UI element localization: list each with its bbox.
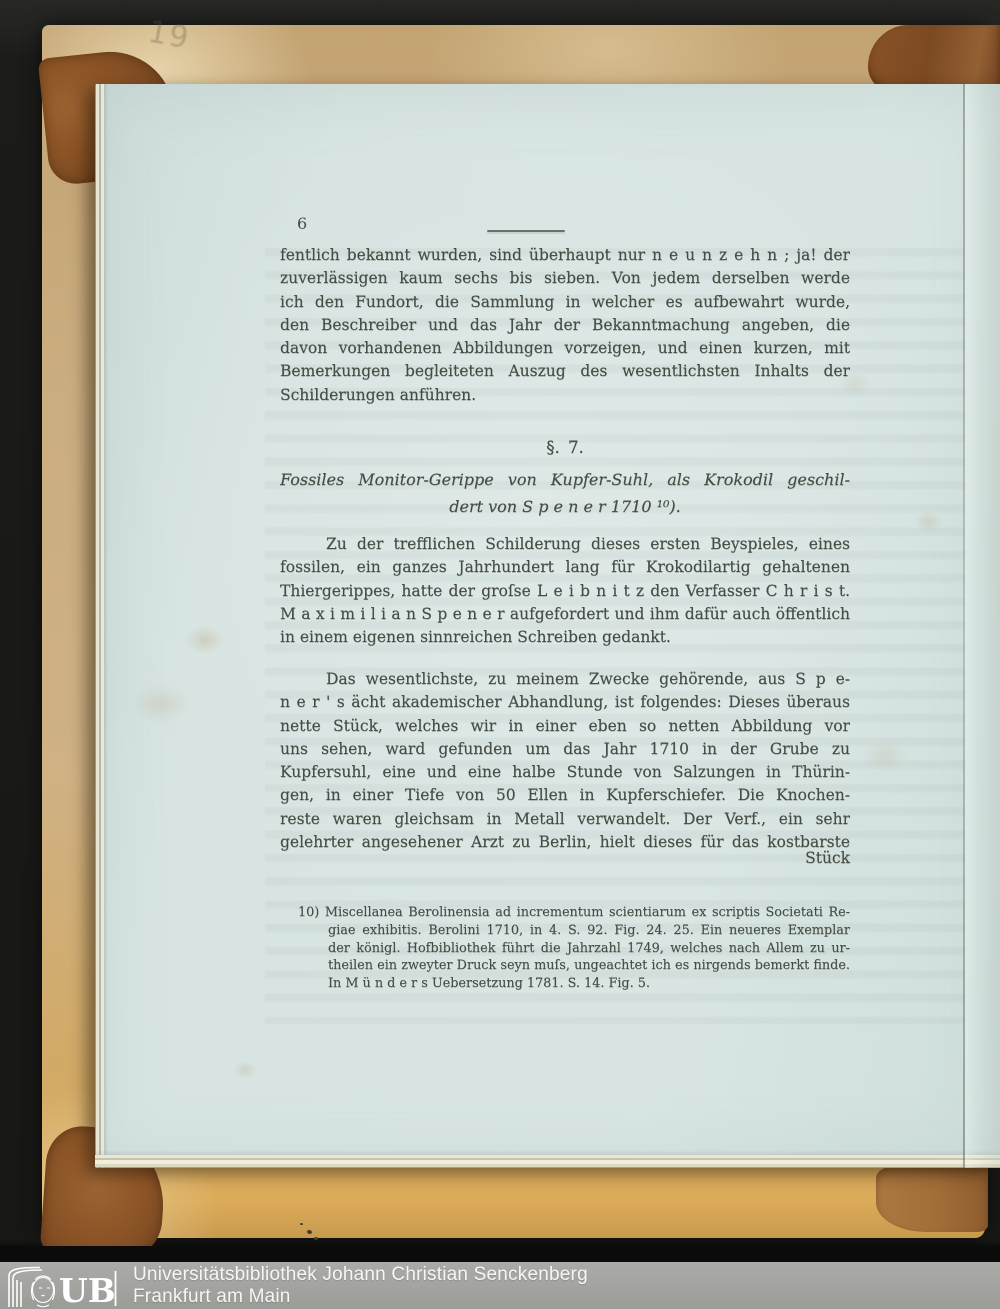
- footer-text: Universitätsbibliothek Johann Christian …: [133, 1264, 588, 1308]
- footnote: 10) Miscellanea Berolinensia ad incremen…: [298, 904, 850, 993]
- title-line: Fossiles Monitor-Gerippe von Kupfer-Suhl…: [280, 467, 850, 494]
- text-line: Schilderungen anführen.: [280, 384, 850, 407]
- printed-text-layer: 6 fentlich bekannt wurden, sind überhaup…: [0, 0, 1000, 1309]
- library-location: Frankfurt am Main: [133, 1286, 588, 1308]
- text-line: zuverlässigen kaum sechs bis sieben. Von…: [280, 267, 850, 290]
- section-heading: §. 7.: [280, 438, 850, 457]
- catchword: Stück: [280, 849, 850, 867]
- paragraph: Das wesentlichste, zu meinem Zwecke gehö…: [280, 668, 850, 854]
- text-line: reste waren gleichsam in Metall verwande…: [280, 808, 850, 831]
- text-line: gen, in einer Tiefe von 50 Ellen in Kupf…: [280, 784, 850, 807]
- title-line: dert von S p e n e r 1710 ¹⁰).: [280, 494, 850, 521]
- footnote-line: 10) Miscellanea Berolinensia ad incremen…: [298, 904, 850, 922]
- text-line: fossilen, ein ganzes Jahrhundert lang fü…: [280, 556, 850, 579]
- footnote-line: theilen ein zweyter Druck seyn muſs, ung…: [298, 957, 850, 975]
- library-footer-bar: UB Universitätsbibliothek Johann Christi…: [0, 1262, 1000, 1309]
- chapter-title: Fossiles Monitor-Gerippe von Kupfer-Suhl…: [280, 467, 850, 520]
- text-line: Zu der trefflichen Schilderung dieses er…: [280, 533, 850, 556]
- library-name: Universitätsbibliothek Johann Christian …: [133, 1264, 588, 1286]
- logo-abbr: UB: [59, 1271, 116, 1308]
- text-line: davon vorhandenen Abbildungen vorzeigen,…: [280, 337, 850, 360]
- text-line: Kupfersuhl, eine und eine halbe Stunde v…: [280, 761, 850, 784]
- header-rule: [487, 230, 565, 232]
- text-line: fentlich bekannt wurden, sind überhaupt …: [280, 244, 850, 267]
- text-line: nette Stück, welches wir in einer eben s…: [280, 715, 850, 738]
- text-line: uns sehen, ward gefunden um das Jahr 171…: [280, 738, 850, 761]
- text-line: Thiergerippes, hatte der groſse L e i b …: [280, 580, 850, 603]
- senckenberg-portrait-icon: [32, 1276, 55, 1307]
- text-line: Bemerkungen begleiteten Auszug des wesen…: [280, 360, 850, 383]
- text-line: ich den Fundort, die Sammlung in welcher…: [280, 291, 850, 314]
- text-line: Das wesentlichste, zu meinem Zwecke gehö…: [280, 668, 850, 691]
- text-line: in einem eigenen sinnreichen Schreiben g…: [280, 626, 850, 649]
- text-line: n e r ' s ächt akademischer Abhandlung, …: [280, 691, 850, 714]
- footnote-line: In M ü n d e r s Uebersetzung 1781. S. 1…: [298, 975, 850, 993]
- scan-viewer: 19 6 fentlich bekannt wurden, sind überh…: [0, 0, 1000, 1309]
- ub-library-logo-icon: UB: [6, 1264, 121, 1308]
- paragraph: Zu der trefflichen Schilderung dieses er…: [280, 533, 850, 649]
- footnote-line: der königl. Hofbibliothek führt die Jahr…: [298, 940, 850, 958]
- paragraph: fentlich bekannt wurden, sind überhaupt …: [280, 244, 850, 407]
- footnote-line: giae exhibitis. Berolini 1710, in 4. S. …: [298, 922, 850, 940]
- text-line: M a x i m i l i a n S p e n e r aufgefor…: [280, 603, 850, 626]
- page-number: 6: [297, 214, 307, 233]
- text-line: den Beschreiber und das Jahr der Bekannt…: [280, 314, 850, 337]
- footer-divider-strip: [0, 1246, 1000, 1262]
